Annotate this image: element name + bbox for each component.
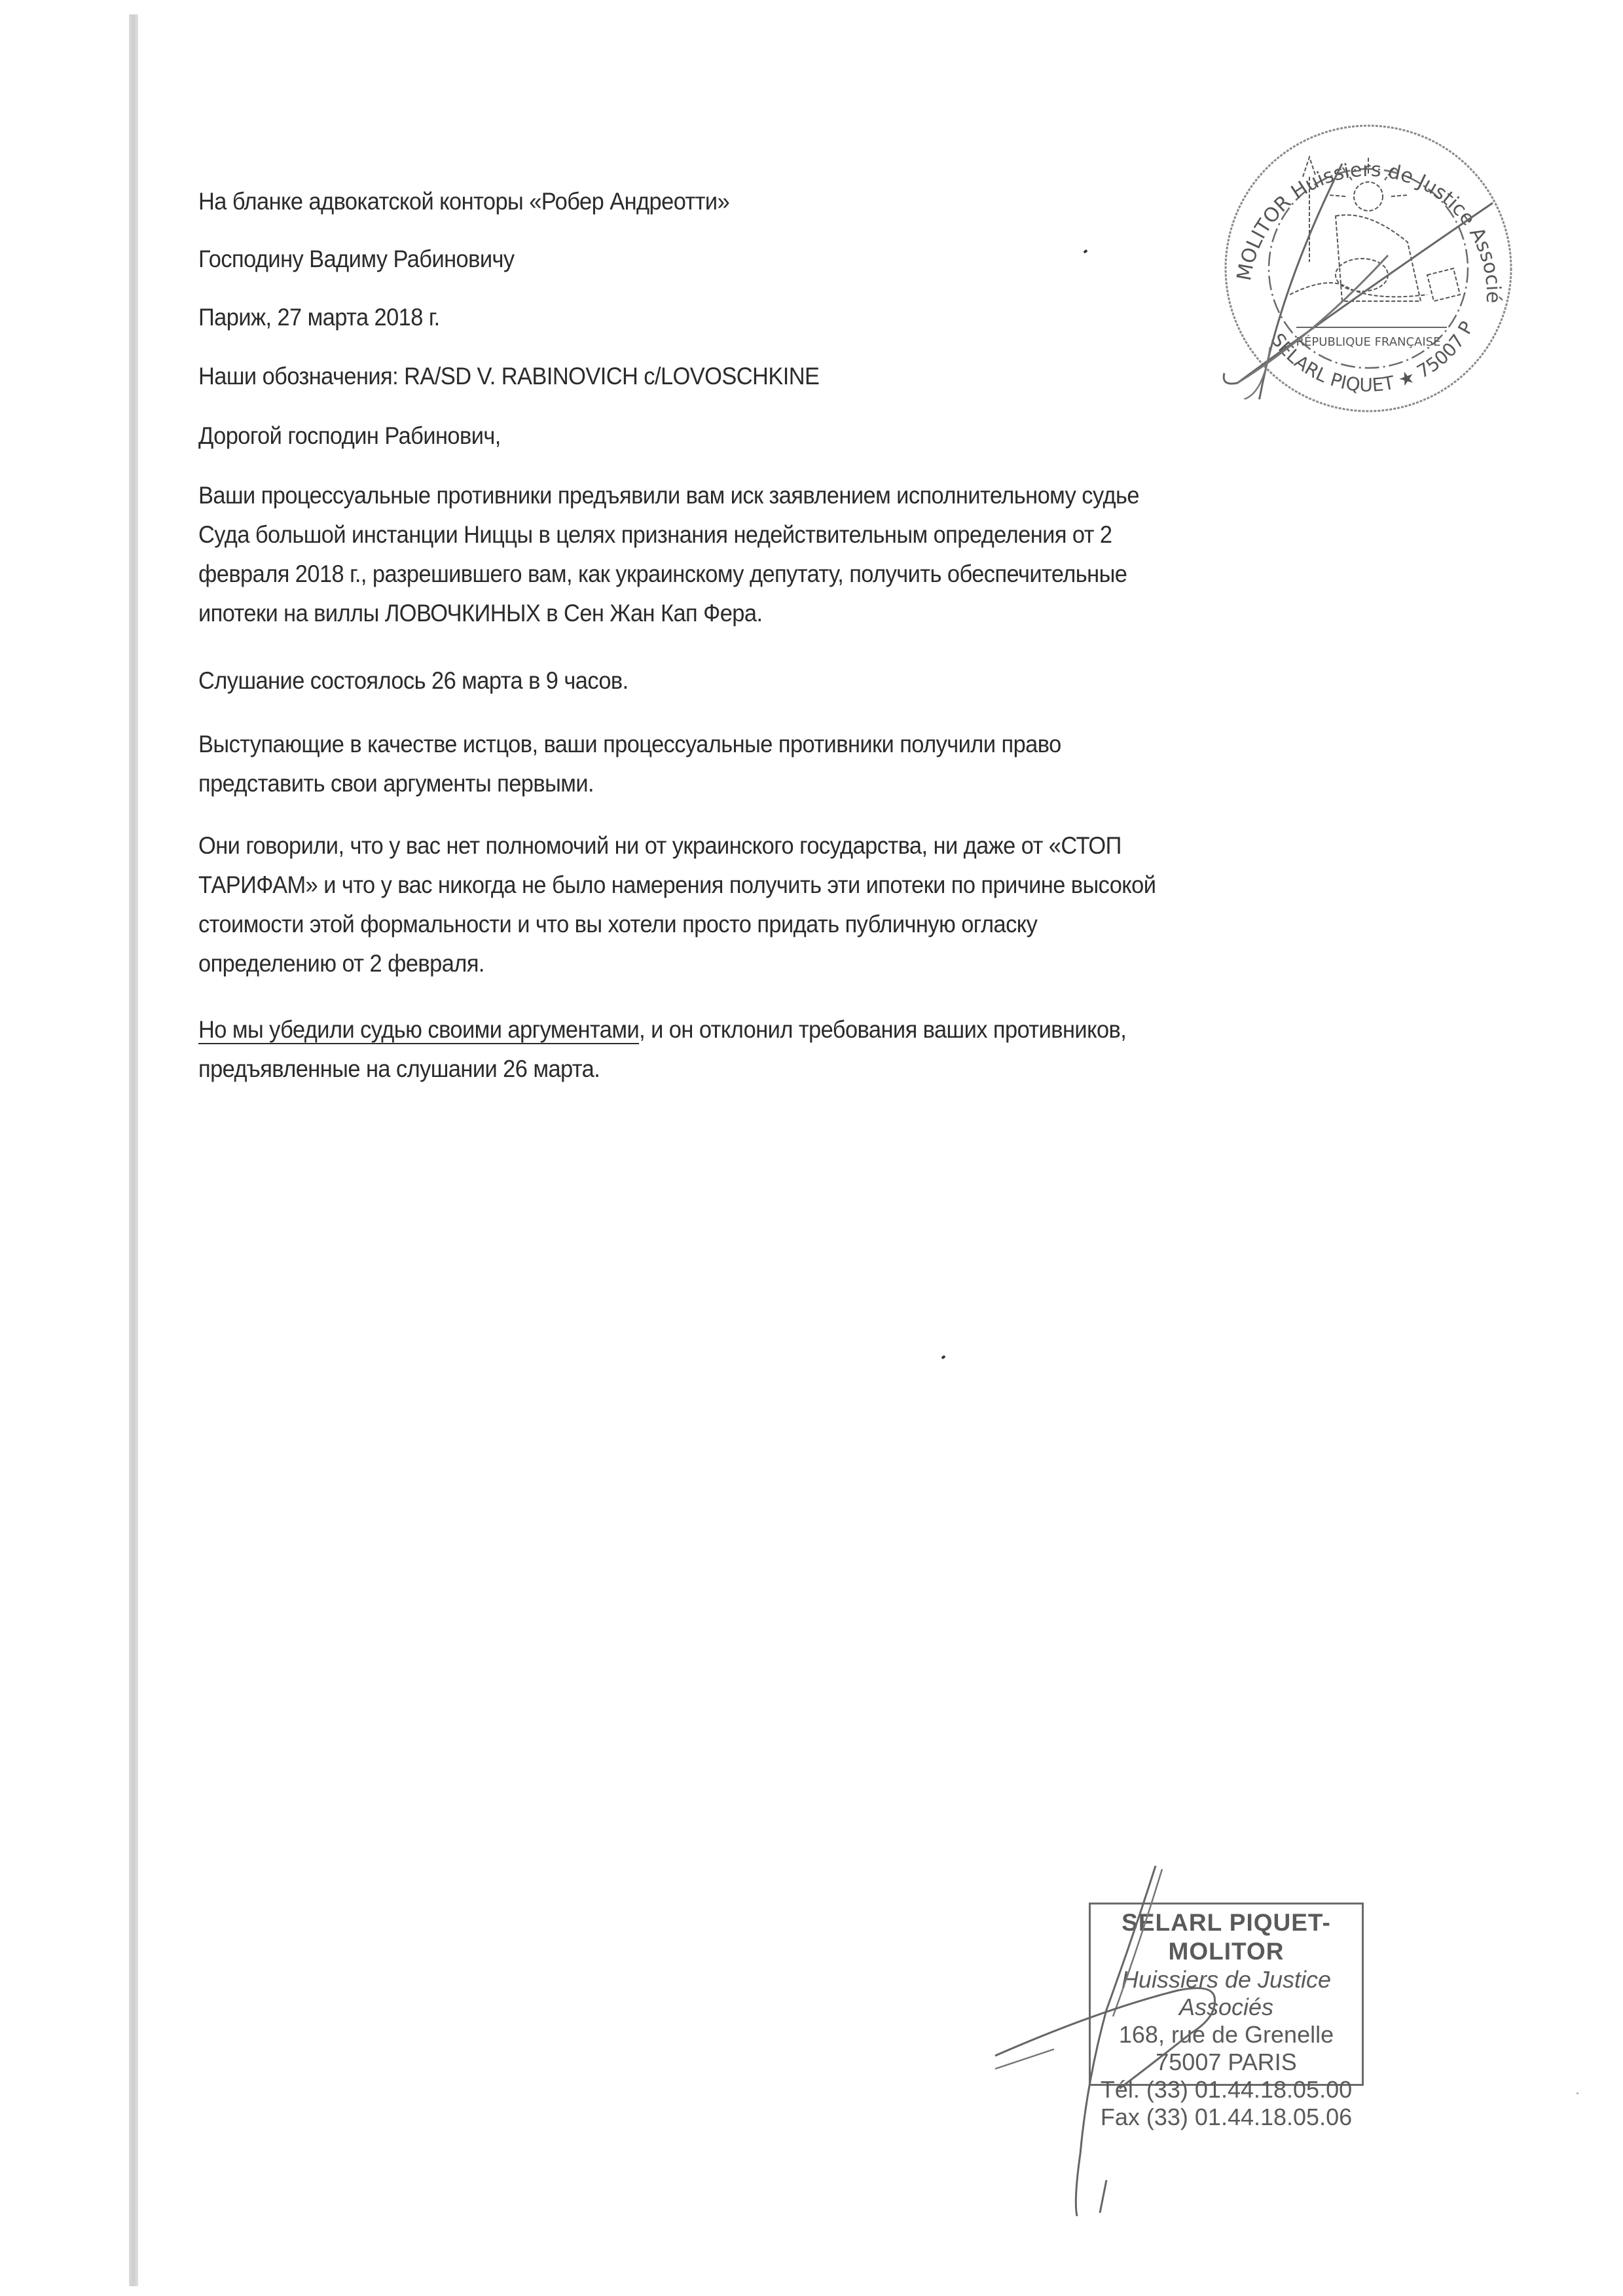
underlined-phrase: Но мы убедили судью своими аргументами — [198, 1016, 639, 1043]
scan-speck — [1576, 2092, 1578, 2094]
paragraph-plaintiffs: Выступающие в качестве истцов, ваши проц… — [198, 725, 1447, 803]
stamp-title: Huissiers de Justice Associés — [1091, 1966, 1362, 2021]
paragraph-arguments: Они говорили, что у вас нет полномочий н… — [198, 826, 1447, 983]
scan-edge-shadow — [129, 14, 138, 2286]
stamp-fax: Fax (33) 01.44.18.05.06 — [1091, 2104, 1362, 2131]
paragraph-line: Слушание состоялось 26 марта в 9 часов. — [198, 661, 1447, 701]
paragraph-line: Они говорили, что у вас нет полномочий н… — [198, 826, 1447, 866]
paragraph-line: представить свои аргументы первыми. — [198, 764, 1447, 803]
stamp-phone: Tél. (33) 01.44.18.05.00 — [1091, 2076, 1362, 2104]
paragraph-hearing: Слушание состоялось 26 марта в 9 часов. — [198, 661, 1447, 701]
paragraph-line: Выступающие в качестве истцов, ваши проц… — [198, 725, 1447, 764]
seal-outer-text: MOLITOR Huissiers de Justice Associés 16… — [1211, 111, 1504, 304]
stamp-street: 168, rue de Grenelle — [1091, 2021, 1362, 2049]
paragraph-line: Но мы убедили судью своими аргументами, … — [198, 1010, 1447, 1049]
place-date: Париж, 27 марта 2018 г. — [198, 298, 440, 337]
reference: Наши обозначения: RA/SD V. RABINOVICH c/… — [198, 357, 819, 396]
paragraph-line: ипотеки на виллы ЛОВОЧКИНЫХ в Сен Жан Ка… — [198, 594, 1447, 633]
paragraph-line: Ваши процессуальные противники предъявил… — [198, 476, 1447, 515]
paragraph-line: февраля 2018 г., разрешившего вам, как у… — [198, 555, 1447, 594]
svg-text:MOLITOR Huissiers de Justice A: MOLITOR Huissiers de Justice Associés 16… — [1211, 111, 1504, 304]
scan-speck — [941, 1355, 945, 1360]
salutation: Дорогой господин Рабинович, — [198, 416, 501, 456]
paragraph-line: Суда большой инстанции Ниццы в целях при… — [198, 515, 1447, 555]
paragraph-line: определению от 2 февраля. — [198, 944, 1447, 983]
bailiff-box-stamp: SELARL PIQUET-MOLITOR Huissiers de Justi… — [1089, 1903, 1364, 2086]
paragraph-line: предъявленные на слушании 26 марта. — [198, 1049, 1447, 1089]
paragraph-outcome: Но мы убедили судью своими аргументами, … — [198, 1010, 1447, 1089]
stamp-firm-name: SELARL PIQUET-MOLITOR — [1091, 1908, 1362, 1966]
paragraph-line-rest: , и он отклонил требования ваших противн… — [639, 1016, 1126, 1043]
letterhead-note: На бланке адвокатской конторы «Робер Анд… — [198, 182, 729, 221]
round-seal-stamp: MOLITOR Huissiers de Justice Associés 16… — [1211, 111, 1519, 419]
paragraph-claim: Ваши процессуальные противники предъявил… — [198, 476, 1447, 633]
paragraph-line: ТАРИФАМ» и что у вас никогда не было нам… — [198, 866, 1447, 905]
scan-speck — [1083, 249, 1087, 254]
addressee: Господину Вадиму Рабиновичу — [198, 240, 515, 279]
paragraph-line: стоимости этой формальности и что вы хот… — [198, 905, 1447, 944]
stamp-city: 75007 PARIS — [1091, 2049, 1362, 2076]
seal-inner-text: RÉPUBLIQUE FRANÇAISE — [1296, 335, 1441, 349]
